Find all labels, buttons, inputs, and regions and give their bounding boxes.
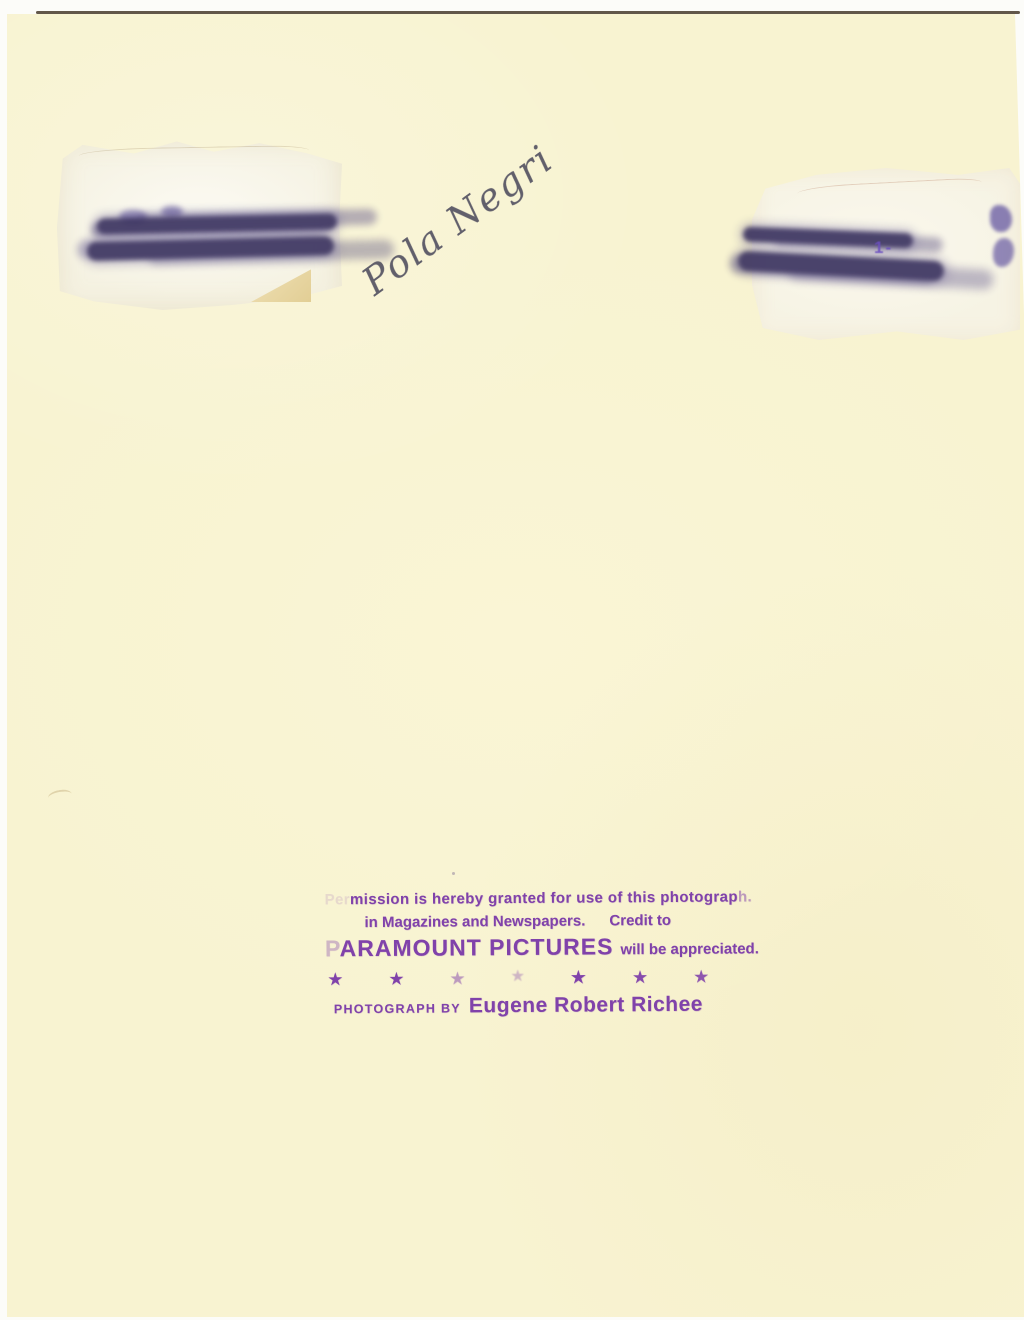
ink-smudge xyxy=(990,205,1012,232)
stamp-text-segment: P xyxy=(325,935,340,961)
ink-dot xyxy=(452,872,455,875)
star-icon: ★ xyxy=(510,969,524,988)
star-icon: ★ xyxy=(327,970,343,989)
stamp-line-paramount: PARAMOUNT PICTURESwill be appreciated. xyxy=(325,933,711,963)
stamp-line-magazines: in Magazines and Newspapers.Credit to xyxy=(325,912,711,932)
stamp-text-segment: mission is hereby granted for use of thi… xyxy=(350,888,738,908)
paper-sheet: 1- Pola Negri Permission is hereby grant… xyxy=(7,14,1024,1317)
permission-stamp: Permission is hereby granted for use of … xyxy=(325,889,712,1020)
pencil-smudge xyxy=(47,788,73,804)
stamp-text-segment: in Magazines and Newspapers. xyxy=(364,913,585,932)
star-icon: ★ xyxy=(449,969,465,988)
handwritten-signature: Pola Negri xyxy=(354,136,561,303)
star-icon: ★ xyxy=(632,968,648,987)
stamp-text-segment: Per xyxy=(325,891,351,908)
scanned-photo-verso: 1- Pola Negri Permission is hereby grant… xyxy=(0,0,1024,1320)
stamp-text-segment: Credit to xyxy=(609,912,671,929)
stamp-text-segment: ARAMOUNT PICTURES xyxy=(340,933,614,961)
left-caption-patch xyxy=(57,138,342,310)
stamp-line-photographer: PHOTOGRAPH BYEugene Robert Richee xyxy=(325,993,711,1020)
star-icon: ★ xyxy=(693,968,709,987)
stamp-text-segment: will be appreciated. xyxy=(620,940,759,958)
stamp-number-fragment: 1- xyxy=(874,238,893,258)
photographer-name: Eugene Robert Richee xyxy=(469,993,703,1018)
star-icon: ★ xyxy=(388,970,404,989)
paramount-pictures-label: PARAMOUNT PICTURES xyxy=(325,933,614,961)
stamp-line-permission: Permission is hereby granted for use of … xyxy=(325,889,711,909)
star-icon: ★ xyxy=(570,969,587,988)
photograph-by-label: PHOTOGRAPH BY xyxy=(334,1001,461,1016)
stamp-stars-row: ★ ★ ★ ★ ★ ★ ★ xyxy=(325,968,711,990)
stamp-text-segment: h. xyxy=(738,888,752,905)
right-caption-patch: 1- xyxy=(752,168,1020,340)
